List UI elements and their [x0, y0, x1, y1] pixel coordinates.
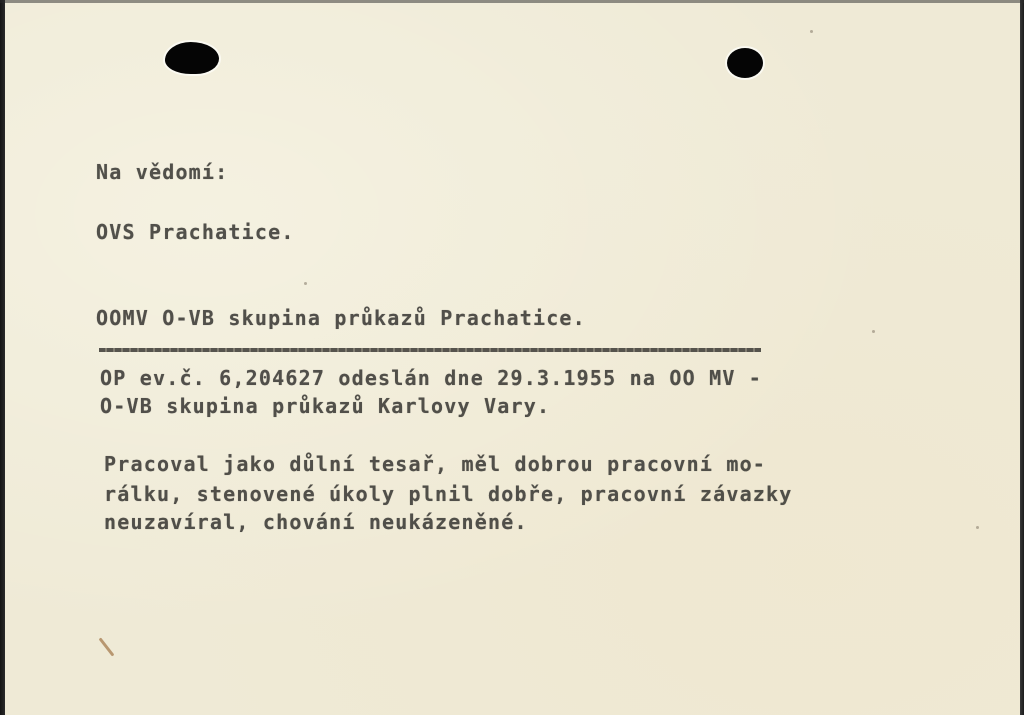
transfer-note-line-1: OP ev.č. 6,204627 odeslán dne 29.3.1955 …	[100, 366, 762, 390]
assessment-line-2: rálku, stenovené úkoly plnil dobře, prac…	[104, 482, 793, 506]
paper-speck	[810, 30, 813, 33]
transfer-note-line-2: O-VB skupina průkazů Karlovy Vary.	[100, 394, 550, 418]
paper-speck	[976, 526, 979, 529]
paper-speck	[872, 330, 875, 333]
cc-recipient-1: OVS Prachatice.	[96, 220, 295, 244]
scan-right-border	[1020, 0, 1024, 715]
paper-sheet: Na vědomí: OVS Prachatice. OOMV O-VB sku…	[4, 0, 1020, 715]
assessment-line-1: Pracoval jako důlní tesař, měl dobrou pr…	[104, 452, 766, 476]
cc-recipient-2: OOMV O-VB skupina průkazů Prachatice.	[96, 306, 586, 330]
paper-speck	[304, 282, 307, 285]
assessment-line-3: neuzavíral, chování neukázeněné.	[104, 510, 528, 534]
underline-rule	[99, 348, 761, 352]
punch-hole-left	[165, 42, 219, 74]
cc-heading: Na vědomí:	[96, 160, 228, 184]
scan-left-border	[0, 0, 5, 715]
paper-smudge	[99, 637, 115, 656]
scan-top-border	[0, 0, 1024, 3]
punch-hole-right	[727, 48, 763, 78]
